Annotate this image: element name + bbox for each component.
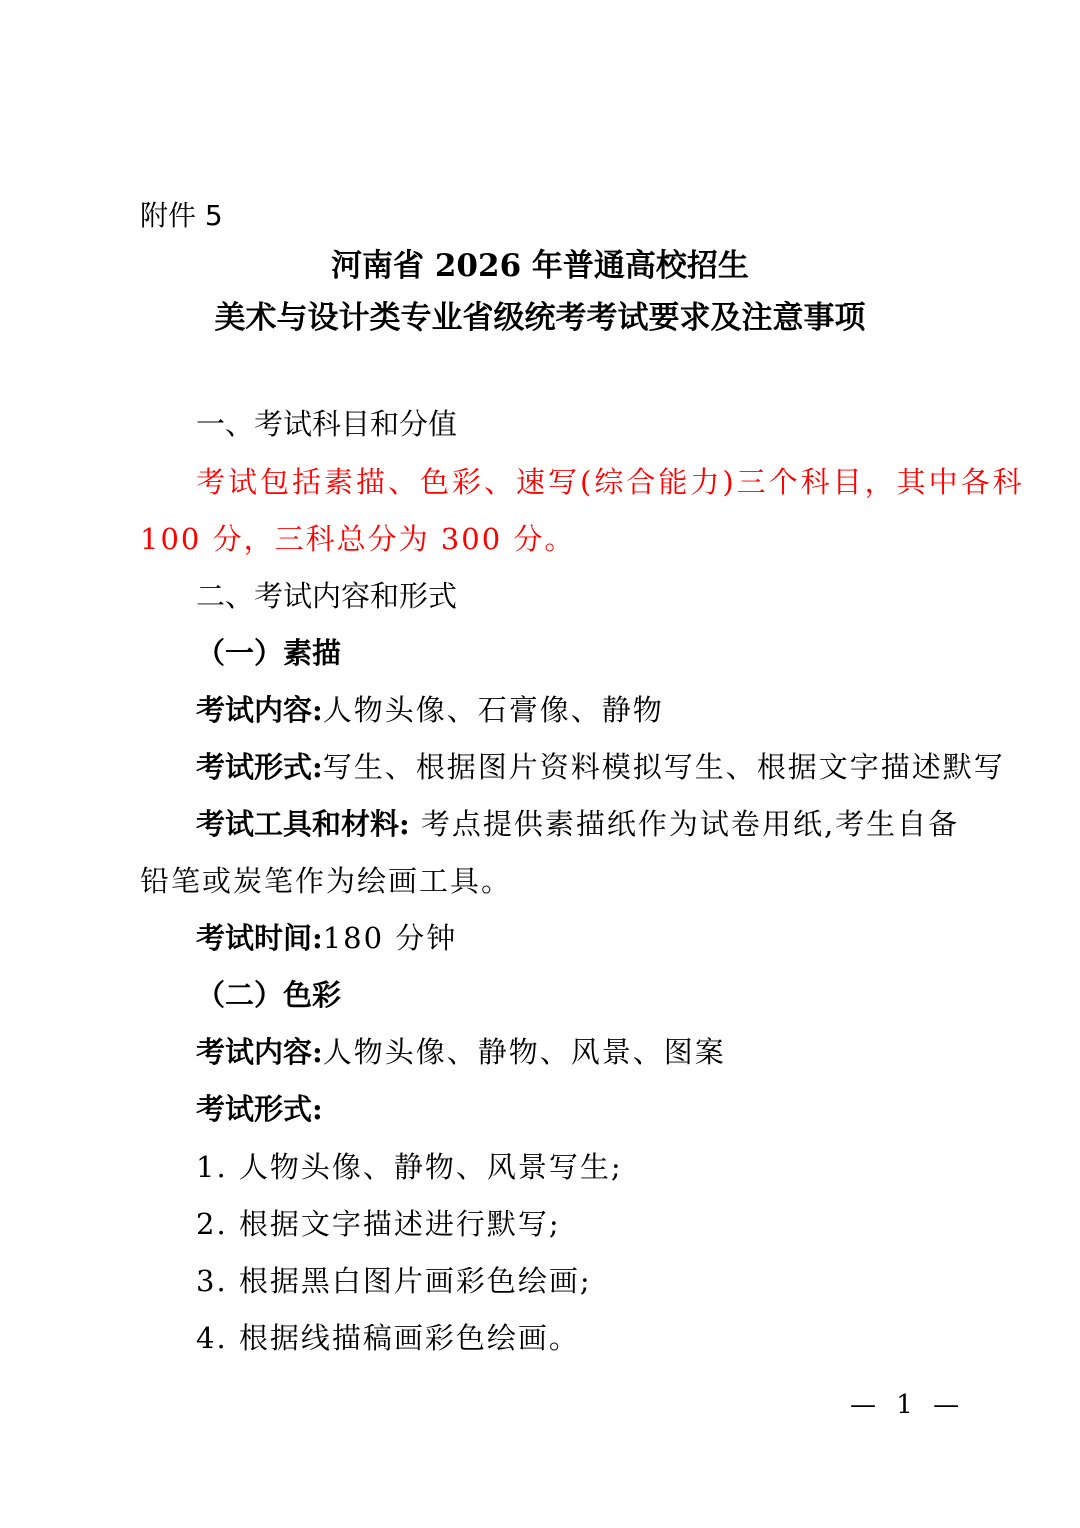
color-form-label: 考试形式: <box>196 1089 323 1129</box>
sketch-time-value: 180 分钟 <box>323 921 458 955</box>
sketch-tools-row: 考试工具和材料: 考点提供素描纸作为试卷用纸,考生自备 <box>196 804 959 844</box>
document-title-line-2: 美术与设计类专业省级统考考试要求及注意事项 <box>0 298 1080 338</box>
color-form-item-1: 1. 人物头像、静物、风景写生; <box>196 1147 623 1187</box>
sketch-form-row: 考试形式:写生、根据图片资料模拟写生、根据文字描述默写 <box>196 747 1005 787</box>
color-form-item-2: 2. 根据文字描述进行默写; <box>196 1204 561 1244</box>
color-form-item-3: 3. 根据黑白图片画彩色绘画; <box>196 1261 592 1301</box>
subsection-sketch-heading: （一）素描 <box>196 633 341 673</box>
subsection-color-heading: （二）色彩 <box>196 975 341 1015</box>
sketch-form-label: 考试形式: <box>196 750 323 784</box>
attachment-label: 附件 5 <box>140 196 223 236</box>
color-content-label: 考试内容: <box>196 1035 323 1069</box>
sketch-content-row: 考试内容:人物头像、石膏像、静物 <box>196 690 664 730</box>
color-content-row: 考试内容:人物头像、静物、风景、图案 <box>196 1032 726 1072</box>
sketch-content-value: 人物头像、石膏像、静物 <box>323 693 664 727</box>
section-2-heading: 二、考试内容和形式 <box>196 576 457 616</box>
sketch-form-value: 写生、根据图片资料模拟写生、根据文字描述默写 <box>323 750 1005 784</box>
section-1-heading: 一、考试科目和分值 <box>196 404 457 444</box>
document-page: 附件 5 河南省 2026 年普通高校招生 美术与设计类专业省级统考考试要求及注… <box>0 0 1080 1528</box>
page-number: — 1 — <box>850 1385 965 1425</box>
section-1-paragraph-line-1: 考试包括素描、色彩、速写(综合能力)三个科目，其中各科 <box>196 462 1025 502</box>
color-form-item-4: 4. 根据线描稿画彩色绘画。 <box>196 1318 580 1358</box>
sketch-tools-value-line-1: 考点提供素描纸作为试卷用纸,考生自备 <box>410 807 959 841</box>
sketch-time-row: 考试时间:180 分钟 <box>196 918 457 958</box>
color-content-value: 人物头像、静物、风景、图案 <box>323 1035 726 1069</box>
document-title-line-1: 河南省 2026 年普通高校招生 <box>0 246 1080 286</box>
sketch-content-label: 考试内容: <box>196 693 323 727</box>
section-1-paragraph-line-2: 100 分，三科总分为 300 分。 <box>140 519 575 559</box>
sketch-tools-value-line-2: 铅笔或炭笔作为绘画工具。 <box>140 861 512 901</box>
sketch-time-label: 考试时间: <box>196 921 323 955</box>
sketch-tools-label: 考试工具和材料: <box>196 807 410 841</box>
